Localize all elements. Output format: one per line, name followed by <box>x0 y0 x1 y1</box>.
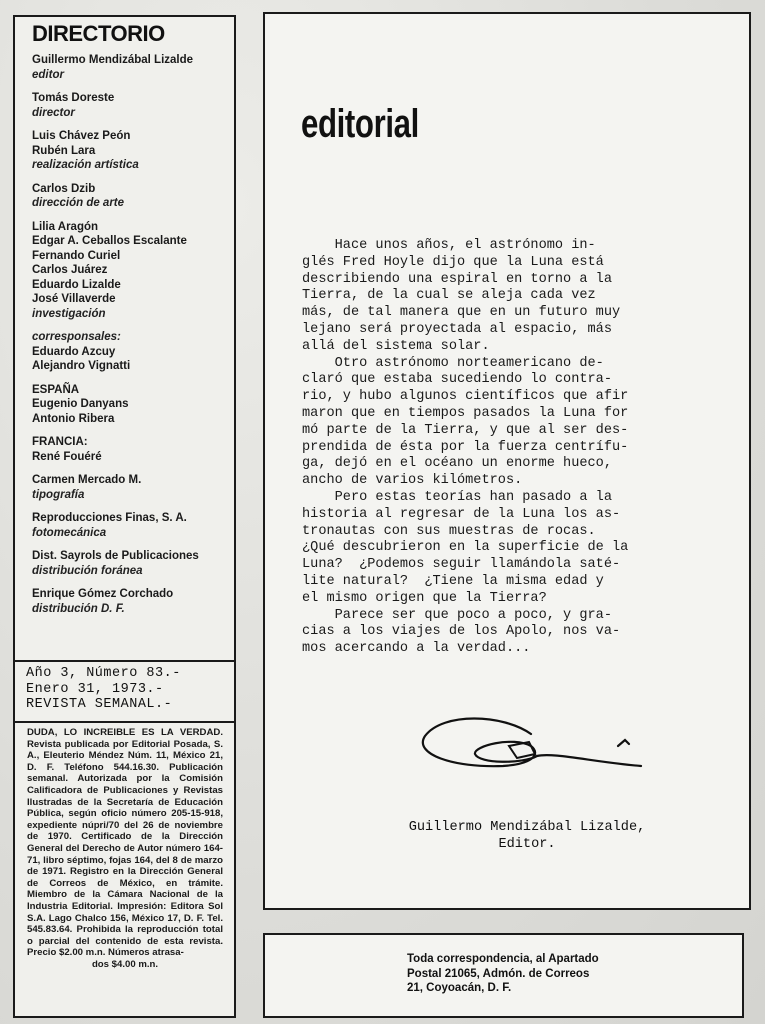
editorial-line: ga, dejó en el océano un enorme hueco, <box>302 456 717 473</box>
directory-name: FRANCIA: <box>32 435 232 450</box>
legal-text: DUDA, LO INCREIBLE ES LA VERDAD. Revista… <box>27 727 223 958</box>
editorial-line: Hace unos años, el astrónomo in- <box>302 238 717 255</box>
issue-frequency: REVISTA SEMANAL.- <box>26 697 234 713</box>
directory-name: Fernando Curiel <box>32 249 232 264</box>
directory-role: distribución foránea <box>32 564 232 579</box>
directory-group: Guillermo Mendizábal Lizaldeeditor <box>32 53 232 82</box>
editorial-line: Luna? ¿Podemos seguir llamándola saté- <box>302 557 717 574</box>
editorial-line: Otro astrónomo norteamericano de- <box>302 356 717 373</box>
directory-name: Carmen Mercado M. <box>32 473 232 488</box>
signature-icon <box>413 706 653 776</box>
directory-name: Lilia Aragón <box>32 220 232 235</box>
directory-role: director <box>32 106 232 121</box>
editorial-line: glés Fred Hoyle dijo que la Luna está <box>302 255 717 272</box>
correspondence-line: Toda correspondencia, al Apartado <box>407 952 599 967</box>
correspondence-line: 21, Coyoacán, D. F. <box>407 981 599 996</box>
directory-name: Eugenio Danyans <box>32 397 232 412</box>
editorial-line: Pero estas teorías han pasado a la <box>302 490 717 507</box>
directory-name: Eduardo Lizalde <box>32 278 232 293</box>
issue-number: Año 3, Número 83.- <box>26 666 234 682</box>
directory-role: distribución D. F. <box>32 602 232 617</box>
editorial-line: rio, y hubo algunos científicos que afir <box>302 389 717 406</box>
directory-role: realización artística <box>32 158 232 173</box>
editorial-line: ¿Qué descubrieron en la superficie de la <box>302 540 717 557</box>
directory-title: DIRECTORIO <box>32 21 165 47</box>
directory-name: Reproducciones Finas, S. A. <box>32 511 232 526</box>
directory-role: corresponsales: <box>32 330 232 345</box>
directory-group: corresponsales:Eduardo AzcuyAlejandro Vi… <box>32 330 232 374</box>
directory-group: Dist. Sayrols de Publicacionesdistribuci… <box>32 549 232 578</box>
signer-name: Guillermo Mendizábal Lizalde, <box>265 819 749 836</box>
editorial-line: maron que en tiempos pasados la Luna for <box>302 406 717 423</box>
directory-panel: DIRECTORIO Guillermo Mendizábal Lizaldee… <box>13 15 236 1018</box>
editorial-line: cias a los viajes de los Apolo, nos va- <box>302 624 717 641</box>
directory-group: Enrique Gómez Corchadodistribución D. F. <box>32 587 232 616</box>
directory-role: tipografía <box>32 488 232 503</box>
directory-name: Antonio Ribera <box>32 412 232 427</box>
directory-name: José Villaverde <box>32 292 232 307</box>
issue-info: Año 3, Número 83.- Enero 31, 1973.- REVI… <box>15 660 234 723</box>
editorial-line: Tierra, de la cual se aleja cada vez <box>302 288 717 305</box>
directory-group: Lilia AragónEdgar A. Ceballos EscalanteF… <box>32 220 232 322</box>
directory-name: Edgar A. Ceballos Escalante <box>32 234 232 249</box>
directory-role: dirección de arte <box>32 196 232 211</box>
editorial-panel: editorial Hace unos años, el astrónomo i… <box>263 12 751 910</box>
editorial-line: el mismo origen que la Tierra? <box>302 591 717 608</box>
directory-name: Eduardo Azcuy <box>32 345 232 360</box>
editorial-line: lite natural? ¿Tiene la misma edad y <box>302 574 717 591</box>
legal-text-last: dos $4.00 m.n. <box>27 959 223 971</box>
directory-name: Luis Chávez Peón <box>32 129 232 144</box>
directory-group: Carlos Dzibdirección de arte <box>32 182 232 211</box>
directory-name: Dist. Sayrols de Publicaciones <box>32 549 232 564</box>
directory-name: Enrique Gómez Corchado <box>32 587 232 602</box>
issue-date: Enero 31, 1973.- <box>26 682 234 698</box>
directory-name: Carlos Dzib <box>32 182 232 197</box>
directory-role: investigación <box>32 307 232 322</box>
directory-group: Tomás Dorestedirector <box>32 91 232 120</box>
signer: Guillermo Mendizábal Lizalde, Editor. <box>265 819 749 853</box>
correspondence-address: Toda correspondencia, al Apartado Postal… <box>407 952 599 996</box>
editorial-line: Parece ser que poco a poco, y gra- <box>302 608 717 625</box>
directory-group: ESPAÑAEugenio DanyansAntonio Ribera <box>32 383 232 427</box>
editorial-line: mó parte de la Tierra, y que al ser des- <box>302 423 717 440</box>
editorial-line: prendida de ésta por la fuerza centrífu- <box>302 440 717 457</box>
directory-name: Guillermo Mendizábal Lizalde <box>32 53 232 68</box>
editorial-line: tronautas con sus muestras de rocas. <box>302 524 717 541</box>
editorial-title: editorial <box>301 102 419 147</box>
signer-title: Editor. <box>265 836 749 853</box>
correspondence-panel: Toda correspondencia, al Apartado Postal… <box>263 933 744 1018</box>
directory-role: editor <box>32 68 232 83</box>
editorial-line: mos acercando a la verdad... <box>302 641 717 658</box>
editorial-line: describiendo una espiral en torno a la <box>302 272 717 289</box>
directory-name: Rubén Lara <box>32 144 232 159</box>
editorial-line: historia al regresar de la Luna los as- <box>302 507 717 524</box>
editorial-body: Hace unos años, el astrónomo in-glés Fre… <box>302 238 717 658</box>
directory-name: Tomás Doreste <box>32 91 232 106</box>
directory-group: FRANCIA:René Fouéré <box>32 435 232 464</box>
directory-group: Reproducciones Finas, S. A.fotomecánica <box>32 511 232 540</box>
correspondence-line: Postal 21065, Admón. de Correos <box>407 967 599 982</box>
directory-list: Guillermo Mendizábal LizaldeeditorTomás … <box>32 53 232 625</box>
directory-name: ESPAÑA <box>32 383 232 398</box>
editorial-line: allá del sistema solar. <box>302 339 717 356</box>
directory-group: Carmen Mercado M.tipografía <box>32 473 232 502</box>
legal-notice: DUDA, LO INCREIBLE ES LA VERDAD. Revista… <box>27 727 223 970</box>
directory-name: Carlos Juárez <box>32 263 232 278</box>
editorial-line: lejano será proyectada al espacio, más <box>302 322 717 339</box>
editorial-line: ancho de varios kilómetros. <box>302 473 717 490</box>
directory-role: fotomecánica <box>32 526 232 541</box>
directory-group: Luis Chávez PeónRubén Lararealización ar… <box>32 129 232 173</box>
directory-name: Alejandro Vignatti <box>32 359 232 374</box>
editorial-line: claró que estaba sucediendo lo contra- <box>302 372 717 389</box>
editorial-line: más, de tal manera que en un futuro muy <box>302 305 717 322</box>
directory-name: René Fouéré <box>32 450 232 465</box>
